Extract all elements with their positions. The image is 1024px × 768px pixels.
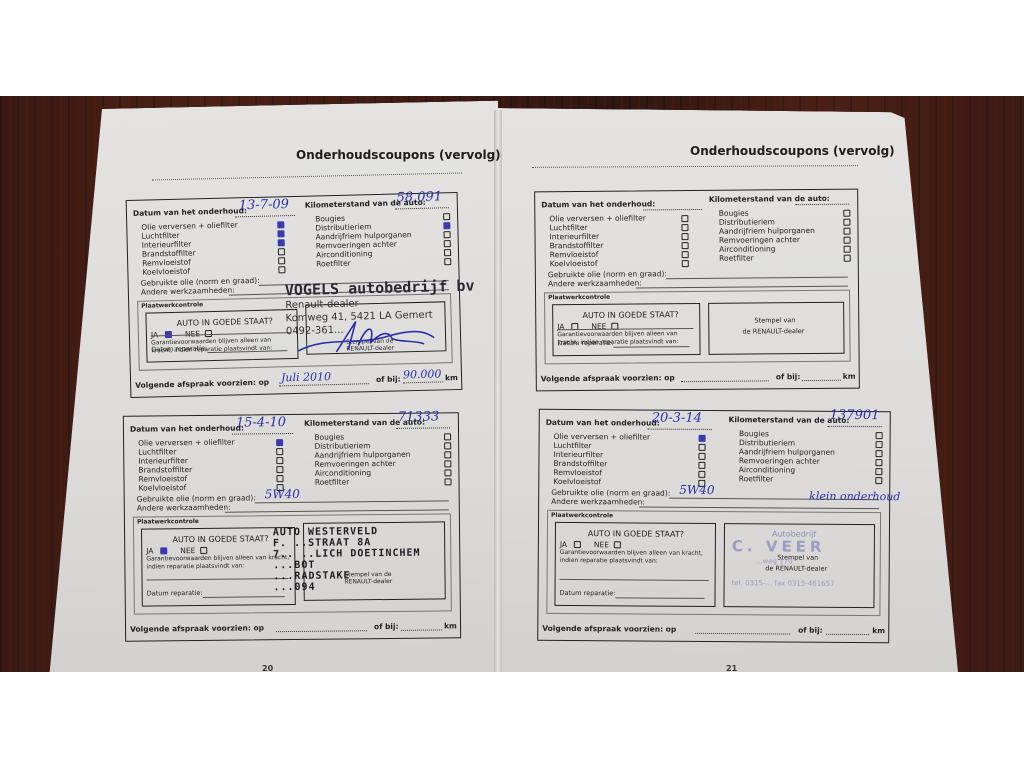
maintenance-coupon: Datum van het onderhoud:15-4-10Kilometer… bbox=[123, 412, 461, 642]
service-item-label: Luchtfilter bbox=[549, 223, 587, 232]
service-item-label: Koelvloeistof bbox=[553, 477, 601, 486]
date-value[interactable]: 13-7-09 bbox=[239, 197, 289, 213]
good-state-label: AUTO IN GOEDE STAAT? bbox=[177, 317, 273, 328]
oil-line bbox=[666, 277, 848, 280]
right-page-title: Onderhoudscoupons (vervolg) bbox=[690, 144, 895, 158]
nee-checkbox[interactable] bbox=[614, 541, 621, 548]
service-item-label: Airconditioning bbox=[719, 244, 775, 253]
bodywork-label: Plaatwerkcontrole bbox=[548, 294, 610, 302]
service-checkbox[interactable] bbox=[277, 221, 284, 228]
service-item-label: Remvoeringen achter bbox=[315, 459, 396, 469]
service-item: Roetfilter bbox=[719, 254, 754, 263]
oil-value[interactable]: 5W40 bbox=[679, 483, 714, 497]
service-checkbox[interactable] bbox=[876, 441, 883, 448]
service-checkbox[interactable] bbox=[276, 466, 283, 473]
ja-checkbox[interactable] bbox=[160, 547, 167, 554]
ja-label: JA bbox=[146, 546, 153, 555]
ja-label: JA bbox=[560, 540, 567, 549]
service-item: Interieurfilter bbox=[553, 450, 603, 459]
date-line bbox=[643, 209, 702, 211]
service-item-label: Roetfilter bbox=[719, 254, 754, 263]
other-work-line bbox=[225, 509, 449, 512]
next-appointment-label: Volgende afspraak voorzien: op bbox=[542, 624, 676, 634]
nee-label: NEE bbox=[594, 540, 609, 549]
other-work-label: Andere werkzaamheden: bbox=[137, 503, 231, 513]
service-checkbox[interactable] bbox=[278, 257, 285, 264]
service-item: Remvoeringen achter bbox=[719, 235, 800, 245]
repair-date-label: Datum reparatie: bbox=[147, 589, 203, 598]
next-km-line bbox=[401, 629, 441, 630]
other-work-value[interactable]: klein onderhoud bbox=[809, 490, 900, 504]
date-line bbox=[232, 433, 293, 435]
service-checkbox[interactable] bbox=[276, 475, 283, 482]
service-checkbox[interactable] bbox=[875, 468, 882, 475]
bodywork-check-box: AUTO IN GOEDE STAAT?JANEEGarantievoorwaa… bbox=[554, 522, 716, 607]
service-item-label: Aandrijfriem hulporganen bbox=[719, 226, 815, 236]
service-item: Roetfilter bbox=[315, 477, 350, 486]
service-item-label: Interieurfilter bbox=[553, 450, 603, 459]
dealer-stamp-text: ...BOT bbox=[273, 560, 315, 571]
service-item: Koelvloeistof bbox=[139, 483, 187, 492]
service-item-label: Koelvloeistof bbox=[139, 483, 187, 492]
service-checkbox[interactable] bbox=[444, 469, 451, 476]
stamp-label-2: de RENAULT-dealer bbox=[765, 564, 827, 572]
service-item-label: Airconditioning bbox=[739, 465, 795, 474]
bodywork-check-box: AUTO IN GOEDE STAAT?JANEEGarantievoorwaa… bbox=[145, 309, 298, 363]
next-km-line bbox=[403, 381, 443, 383]
service-checkbox[interactable] bbox=[682, 215, 689, 222]
other-work-label: Andere werkzaamheden: bbox=[551, 497, 645, 507]
repair-date-line bbox=[203, 596, 285, 598]
right-page-number: 21 bbox=[726, 664, 737, 672]
or-at-label: of bij: bbox=[376, 374, 401, 384]
next-km-line bbox=[802, 380, 841, 381]
km-line bbox=[396, 427, 450, 429]
service-checkbox[interactable] bbox=[444, 451, 451, 458]
service-item: Remvoeringen achter bbox=[315, 459, 396, 469]
km-line bbox=[395, 207, 449, 209]
other-work-label: Andere werkzaamheden: bbox=[141, 285, 235, 296]
next-date-line bbox=[681, 380, 769, 382]
service-item-label: Olie verversen + oliefilter bbox=[549, 213, 646, 223]
service-item: Koelvloeistof bbox=[550, 259, 598, 268]
service-item: Distributieriem bbox=[719, 217, 775, 226]
service-checkbox[interactable] bbox=[682, 224, 689, 231]
service-checkbox[interactable] bbox=[278, 266, 285, 273]
service-checkbox[interactable] bbox=[682, 233, 689, 240]
service-item: Olie verversen + oliefilter bbox=[549, 213, 646, 223]
stamp-label-2: de RENAULT-dealer bbox=[743, 327, 805, 336]
stamp-label: Stempel van de RENAULT-dealer bbox=[344, 571, 414, 586]
dealer-stamp-text: ...RADSTAKE bbox=[273, 570, 350, 582]
km-unit: km bbox=[843, 372, 856, 381]
service-checkbox[interactable] bbox=[682, 242, 689, 249]
warranty-text: Garantievoorwaarden blijven alleen van k… bbox=[560, 549, 711, 566]
dealer-stamp-name: C. VEER bbox=[732, 537, 826, 556]
km-value[interactable]: 71333 bbox=[398, 409, 440, 424]
service-item: Bougies bbox=[314, 432, 344, 441]
service-item: Luchtfilter bbox=[138, 447, 176, 456]
service-checkbox[interactable] bbox=[444, 460, 451, 467]
service-checkbox[interactable] bbox=[276, 439, 283, 446]
service-item: Remvloeistof bbox=[553, 468, 602, 477]
service-checkbox[interactable] bbox=[698, 471, 705, 478]
service-item-label: Brandstoffilter bbox=[553, 459, 607, 468]
km-unit: km bbox=[445, 373, 458, 382]
service-item-label: Koelvloeistof bbox=[550, 259, 598, 268]
km-unit: km bbox=[872, 626, 885, 635]
bodywork-label: Plaatwerkcontrole bbox=[137, 518, 199, 526]
or-at-label: of bij: bbox=[776, 372, 801, 381]
date-label: Datum van het onderhoud: bbox=[546, 418, 660, 428]
good-state-label: AUTO IN GOEDE STAAT? bbox=[582, 310, 678, 320]
maintenance-coupon: Datum van het onderhoud:Kilometerstand v… bbox=[534, 189, 860, 392]
service-checkbox[interactable] bbox=[844, 246, 851, 253]
signature-scribble bbox=[296, 314, 437, 359]
repair-line bbox=[560, 579, 709, 581]
service-checkbox[interactable] bbox=[278, 239, 285, 246]
service-item: Remvloeistof bbox=[550, 250, 599, 259]
service-item-label: Remvoeringen achter bbox=[719, 235, 800, 245]
km-unit: km bbox=[444, 621, 457, 630]
service-item-label: Bougies bbox=[719, 209, 749, 218]
service-checkbox[interactable] bbox=[875, 450, 882, 457]
service-checkbox[interactable] bbox=[875, 459, 882, 466]
dealer-stamp-box: Stempel vande RENAULT-dealer bbox=[708, 302, 844, 355]
service-item: Luchtfilter bbox=[549, 223, 587, 232]
dealer-stamp-address: ...weg 170 bbox=[756, 557, 793, 565]
service-checkbox[interactable] bbox=[699, 453, 706, 460]
good-state-label: AUTO IN GOEDE STAAT? bbox=[172, 534, 268, 544]
repair-date-line bbox=[615, 597, 704, 599]
date-line bbox=[648, 429, 712, 430]
service-checkbox[interactable] bbox=[843, 210, 850, 217]
nee-checkbox[interactable] bbox=[200, 547, 207, 554]
service-checkbox[interactable] bbox=[278, 248, 285, 255]
left-page-title: Onderhoudscoupons (vervolg) bbox=[296, 148, 501, 162]
service-item-label: Koelvloeistof bbox=[142, 267, 190, 277]
next-appointment-label: Volgende afspraak voorzien: op bbox=[135, 378, 269, 390]
service-item: Bougies bbox=[739, 429, 769, 438]
date-label: Datum van het onderhoud: bbox=[133, 206, 247, 218]
next-appointment-label: Volgende afspraak voorzien: op bbox=[130, 623, 264, 633]
service-item: Airconditioning bbox=[739, 465, 795, 474]
km-line bbox=[828, 426, 882, 427]
oil-value[interactable]: 5W40 bbox=[265, 487, 300, 501]
service-item: Interieurfilter bbox=[549, 232, 599, 241]
dealer-stamp-text: ...094 bbox=[273, 582, 315, 593]
service-item-label: Roetfilter bbox=[739, 474, 774, 483]
service-item-label: Olie verversen + oliefilter bbox=[141, 220, 238, 231]
next-km-value[interactable]: 90.000 bbox=[403, 367, 442, 381]
service-item-label: Remvloeistof bbox=[553, 468, 602, 477]
service-checkbox[interactable] bbox=[444, 258, 451, 265]
bodywork-label: Plaatwerkcontrole bbox=[551, 512, 613, 519]
service-item: Brandstoffilter bbox=[553, 459, 607, 468]
stamp-label-1: Stempel van bbox=[754, 316, 795, 324]
service-checkbox[interactable] bbox=[876, 432, 883, 439]
service-item: Aandrijfriem hulporganen bbox=[719, 226, 815, 236]
service-checkbox[interactable] bbox=[276, 457, 283, 464]
service-item-label: Luchtfilter bbox=[554, 441, 592, 450]
repair-date-label: Datum reparatie: bbox=[560, 589, 616, 597]
service-item-label: Bougies bbox=[314, 432, 344, 441]
repair-date-label: Datum reparatie: bbox=[151, 344, 207, 353]
service-item-label: Roetfilter bbox=[315, 477, 350, 486]
service-item-label: Remvloeistof bbox=[550, 250, 599, 259]
service-item: Olie verversen + oliefilter bbox=[138, 438, 235, 448]
service-checkbox[interactable] bbox=[444, 478, 451, 485]
service-checkbox[interactable] bbox=[698, 462, 705, 469]
next-date-line bbox=[276, 630, 367, 632]
service-checkbox[interactable] bbox=[443, 222, 450, 229]
service-checkbox[interactable] bbox=[276, 448, 283, 455]
or-at-label: of bij: bbox=[374, 622, 399, 631]
other-work-line bbox=[639, 506, 879, 509]
warranty-text: Garantievoorwaarden blijven alleen van k… bbox=[146, 554, 290, 572]
km-value[interactable]: 137901 bbox=[830, 408, 880, 423]
service-checkbox[interactable] bbox=[843, 228, 850, 235]
dealer-stamp-line: Renault-dealer bbox=[285, 298, 359, 311]
date-value[interactable]: 15-4-10 bbox=[236, 415, 286, 431]
date-label: Datum van het onderhoud: bbox=[541, 199, 655, 209]
repair-line bbox=[147, 578, 289, 580]
service-item: Airconditioning bbox=[719, 244, 775, 253]
date-label: Datum van het onderhoud: bbox=[130, 423, 244, 433]
other-work-line bbox=[636, 286, 848, 289]
service-checkbox[interactable] bbox=[444, 433, 451, 440]
service-item-label: Distributieriem bbox=[719, 217, 775, 226]
service-item: Bougies bbox=[719, 209, 749, 218]
service-item: Koelvloeistof bbox=[142, 267, 190, 277]
other-work-label: Andere werkzaamheden: bbox=[548, 278, 642, 288]
or-at-label: of bij: bbox=[798, 626, 823, 635]
service-checkbox[interactable] bbox=[443, 231, 450, 238]
bodywork-check-box: AUTO IN GOEDE STAAT?JANEEGarantievoorwaa… bbox=[552, 303, 701, 356]
service-checkbox[interactable] bbox=[444, 442, 451, 449]
next-km-line bbox=[827, 634, 869, 635]
km-label: Kilometerstand van de auto: bbox=[709, 194, 830, 204]
service-item-label: Luchtfilter bbox=[138, 447, 176, 456]
service-checkbox[interactable] bbox=[844, 255, 851, 262]
service-item: Koelvloeistof bbox=[553, 477, 601, 486]
service-item-label: Airconditioning bbox=[315, 468, 372, 478]
service-item: Roetfilter bbox=[739, 474, 774, 483]
date-value[interactable]: 20-3-14 bbox=[652, 411, 702, 426]
service-checkbox[interactable] bbox=[699, 435, 706, 442]
service-checkbox[interactable] bbox=[682, 260, 689, 267]
service-item: Olie verversen + oliefilter bbox=[141, 220, 238, 231]
service-item: Roetfilter bbox=[316, 259, 351, 269]
service-item: Airconditioning bbox=[315, 468, 372, 478]
service-checkbox[interactable] bbox=[875, 477, 882, 484]
service-checkbox[interactable] bbox=[444, 249, 451, 256]
service-checkbox[interactable] bbox=[844, 237, 851, 244]
service-item-label: Distributieriem bbox=[739, 438, 795, 447]
service-item-label: Roetfilter bbox=[316, 259, 351, 269]
dealer-stamp-phone: tel. 0315-... fax 0315-461657 bbox=[732, 579, 835, 588]
dealer-stamp-text: 7.. ..LICH DOETINCHEM bbox=[273, 548, 421, 561]
km-line bbox=[795, 204, 849, 205]
service-item: Brandstoffilter bbox=[550, 241, 604, 250]
next-date-line bbox=[695, 633, 790, 635]
next-date-value[interactable]: Juli 2010 bbox=[281, 370, 331, 384]
km-value[interactable]: 58.091 bbox=[396, 189, 442, 205]
nee-label: NEE bbox=[180, 546, 195, 555]
service-item-label: Brandstoffilter bbox=[550, 241, 604, 250]
maintenance-coupon: Datum van het onderhoud:13-7-09Kilometer… bbox=[126, 192, 463, 398]
left-page-number: 20 bbox=[262, 664, 273, 672]
repair-date-line bbox=[613, 346, 689, 348]
service-checkbox[interactable] bbox=[843, 219, 850, 226]
service-checkbox[interactable] bbox=[443, 213, 450, 220]
maintenance-coupon: Datum van het onderhoud:20-3-14Kilometer… bbox=[537, 409, 891, 643]
service-checkbox[interactable] bbox=[682, 251, 689, 258]
ja-checkbox[interactable] bbox=[574, 541, 581, 548]
service-checkbox[interactable] bbox=[444, 240, 451, 247]
next-appointment-label: Volgende afspraak voorzien: op bbox=[541, 373, 675, 383]
good-state-label: AUTO IN GOEDE STAAT? bbox=[588, 529, 684, 539]
service-item-label: Bougies bbox=[739, 429, 769, 438]
book-spine bbox=[494, 110, 502, 672]
repair-date-label: Datum reparatie: bbox=[557, 339, 613, 347]
photo-background-wooden-table: Onderhoudscoupons (vervolg) Onderhoudsco… bbox=[0, 96, 1024, 672]
service-item: Distributieriem bbox=[739, 438, 795, 447]
service-checkbox[interactable] bbox=[277, 230, 284, 237]
service-item-label: Olie verversen + oliefilter bbox=[138, 438, 235, 448]
date-line bbox=[235, 215, 295, 217]
service-item-label: Interieurfilter bbox=[549, 232, 599, 241]
service-item: Luchtfilter bbox=[554, 441, 592, 450]
service-checkbox[interactable] bbox=[699, 444, 706, 451]
